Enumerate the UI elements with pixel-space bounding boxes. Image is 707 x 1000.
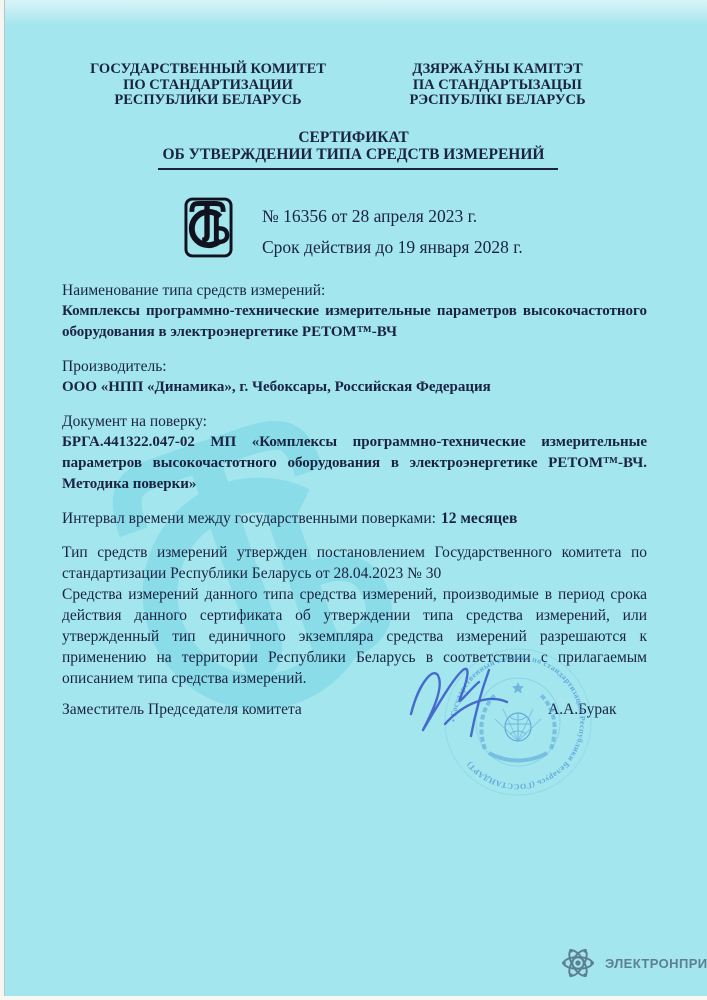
handwritten-signature	[405, 652, 525, 757]
manufacturer-value: ООО «НПП «Динамика», г. Чебоксары, Росси…	[62, 377, 647, 398]
type-name-value: Комплексы программно-технические измерит…	[62, 301, 647, 343]
verification-document-value: БРГА.441322.047-02 МП «Комплексы програм…	[62, 432, 647, 495]
title-line1: СЕРТИФИКАТ	[0, 129, 707, 146]
title-line2: ОБ УТВЕРЖДЕНИИ ТИПА СРЕДСТВ ИЗМЕРЕНИЙ	[0, 146, 707, 163]
certificate-page: ГОСУДАРСТВЕННЫЙ КОМИТЕТ ПО СТАНДАРТИЗАЦИ…	[0, 0, 707, 1000]
manufacturer-label: Производитель:	[62, 356, 647, 377]
issuer-belarusian: ДЗЯРЖАЎНЫ КАМІТЭТ ПА СТАНДАРТЫЗАЦЫІ РЭСП…	[360, 62, 635, 109]
certificate-number: № 16356 от 28 апреля 2023 г.	[262, 206, 523, 227]
atom-icon	[558, 942, 598, 984]
scan-light-band	[0, 0, 707, 26]
issuer-by-line2: ПА СТАНДАРТЫЗАЦЫІ	[360, 78, 635, 94]
section-manufacturer: Производитель: ООО «НПП «Динамика», г. Ч…	[62, 356, 647, 398]
section-type-name: Наименование типа средств измерений: Ком…	[62, 280, 647, 343]
issuer-ru-line3: РЕСПУБЛИКИ БЕЛАРУСЬ	[63, 93, 353, 109]
issuer-ru-line1: ГОСУДАРСТВЕННЫЙ КОМИТЕТ	[63, 62, 353, 78]
publisher-brand: ЭЛЕКТРОНПРИБОР	[558, 942, 707, 984]
signatory-position: Заместитель Председателя комитета	[62, 701, 302, 719]
section-verification-interval: Интервал времени между государственными …	[62, 508, 647, 529]
certificate-body: Наименование типа средств измерений: Ком…	[62, 280, 647, 689]
stb-mark-icon	[184, 196, 233, 259]
scan-edge-left	[0, 0, 4, 1000]
certificate-details: № 16356 от 28 апреля 2023 г. Срок действ…	[262, 206, 523, 268]
verification-document-label: Документ на поверку:	[62, 411, 647, 432]
type-name-label: Наименование типа средств измерений:	[62, 280, 647, 301]
title-underline	[158, 168, 558, 170]
issuer-by-line1: ДЗЯРЖАЎНЫ КАМІТЭТ	[360, 62, 635, 78]
approval-paragraph: Тип средств измерений утвержден постанов…	[62, 542, 647, 584]
verification-interval-value: 12 месяцев	[441, 510, 517, 527]
certificate-validity: Срок действия до 19 января 2028 г.	[262, 237, 523, 258]
issuer-russian: ГОСУДАРСТВЕННЫЙ КОМИТЕТ ПО СТАНДАРТИЗАЦИ…	[63, 62, 353, 109]
scan-edge-bottom	[0, 996, 707, 1000]
section-verification-document: Документ на поверку: БРГА.441322.047-02 …	[62, 411, 647, 495]
verification-interval-label: Интервал времени между государственными …	[62, 510, 436, 527]
publisher-brand-label: ЭЛЕКТРОНПРИБОР	[605, 956, 707, 971]
verification-interval-line: Интервал времени между государственными …	[62, 508, 647, 529]
issuer-ru-line2: ПО СТАНДАРТИЗАЦИИ	[63, 78, 353, 94]
issuer-by-line3: РЭСПУБЛІКІ БЕЛАРУСЬ	[360, 93, 635, 109]
page-title: СЕРТИФИКАТ ОБ УТВЕРЖДЕНИИ ТИПА СРЕДСТВ И…	[0, 129, 707, 170]
